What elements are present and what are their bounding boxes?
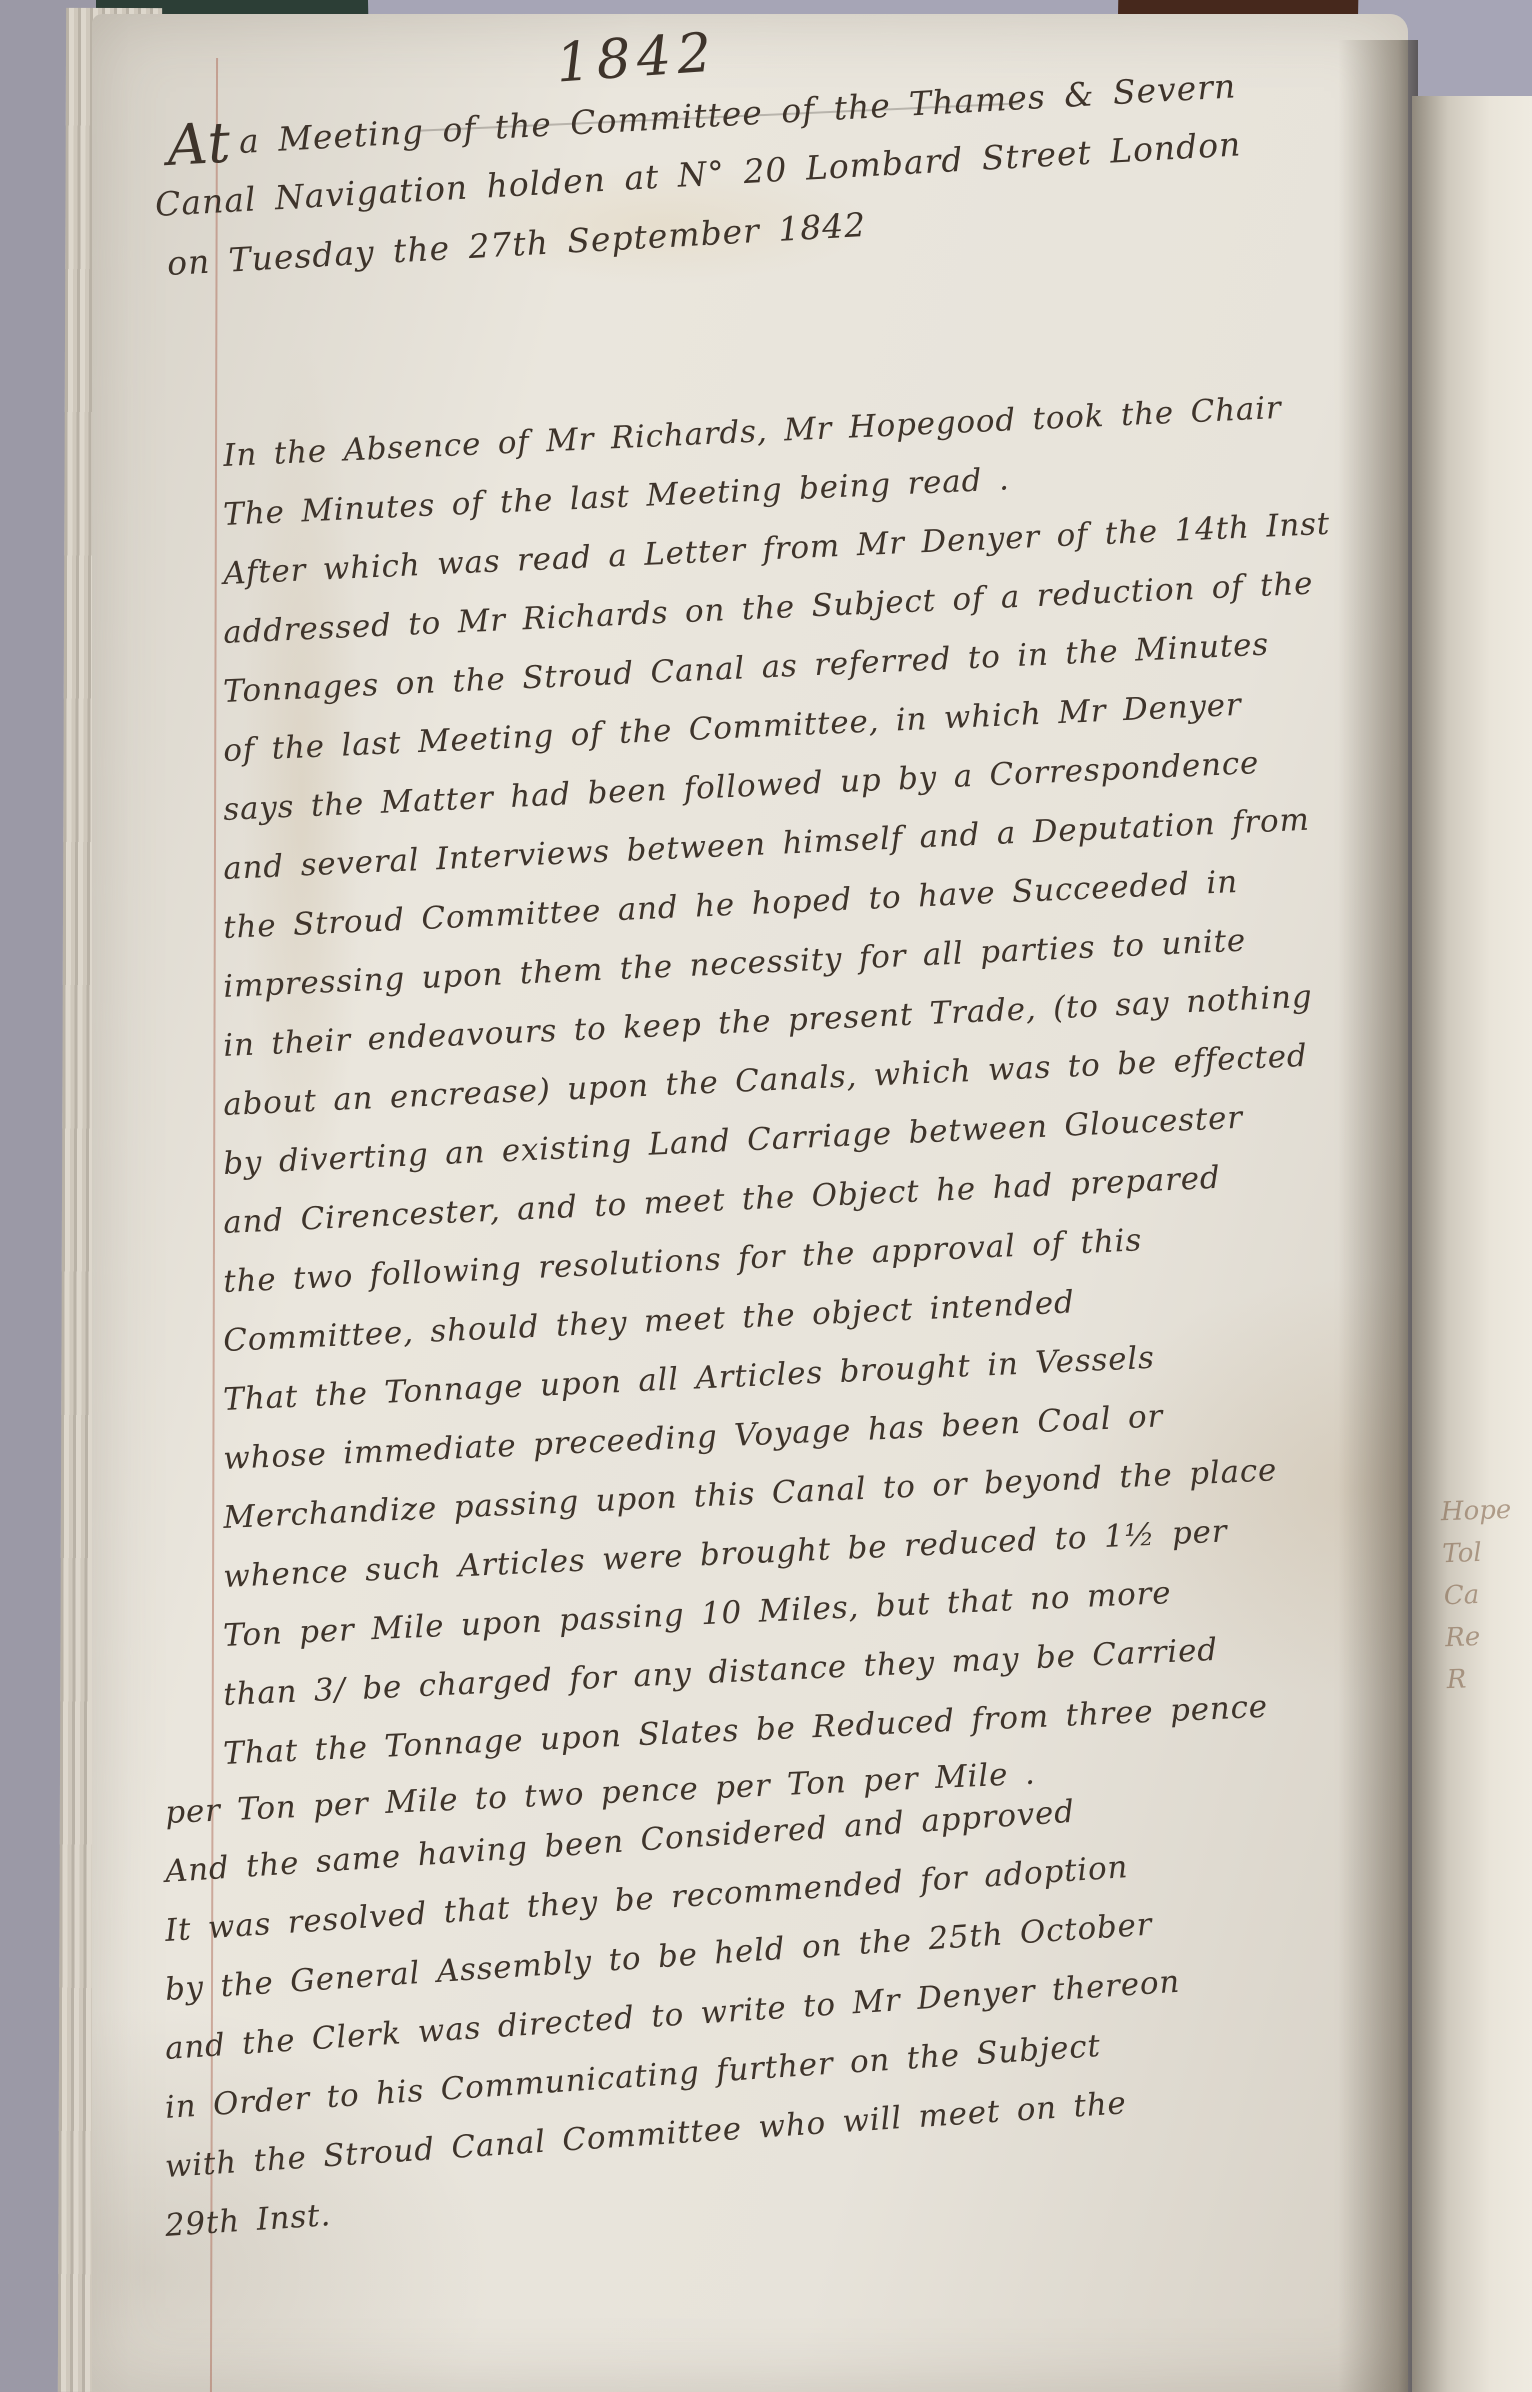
margin-note-line: Tol <box>1442 1537 1514 1581</box>
margin-note-line: R <box>1446 1663 1518 1707</box>
decorative-initial: At <box>165 111 232 179</box>
margin-note-line: Hope <box>1440 1495 1512 1539</box>
margin-note-line: Ca <box>1443 1579 1515 1623</box>
year-heading: 1842 <box>554 20 719 94</box>
margin-note: Hope Tol Ca Re R <box>1440 1495 1518 1707</box>
margin-note-line: Re <box>1445 1621 1517 1665</box>
opening-paragraph: Ata Meeting of the Committee of the Tham… <box>168 126 1348 303</box>
body-text: In the Absence of Mr Richards, Mr Hopego… <box>224 438 1384 2267</box>
facing-page-edge <box>1412 96 1532 2392</box>
gutter-shadow <box>1338 40 1418 2392</box>
